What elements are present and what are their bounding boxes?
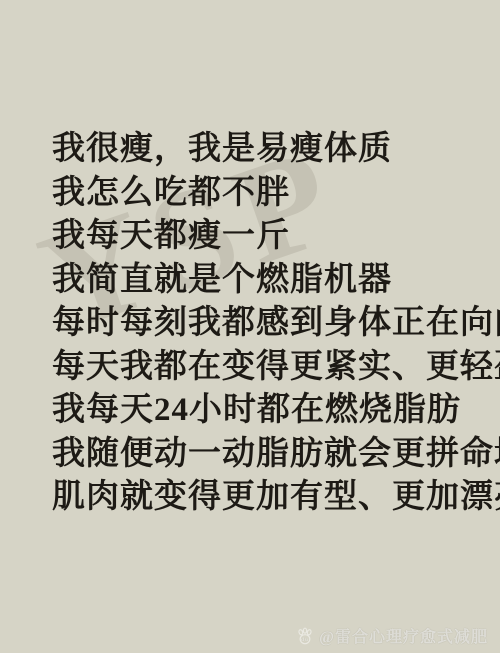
affirmation-line: 我每天24小时都在燃烧脂肪 xyxy=(52,389,480,433)
affirmations-block: 我很瘦，我是易瘦体质 我怎么吃都不胖 我每天都瘦一斤 我简直就是个燃脂机器 每时… xyxy=(52,128,480,520)
affirmation-line: 我每天都瘦一斤 xyxy=(52,215,480,259)
affirmation-line: 我怎么吃都不胖 xyxy=(52,172,480,216)
affirmation-line: 我很瘦，我是易瘦体质 xyxy=(52,128,480,172)
credit-watermark: du @雷合心理疗愈式减肥 xyxy=(295,624,488,647)
baidu-paw-icon: du xyxy=(295,626,315,646)
affirmation-line: 每时每刻我都感到身体正在向内收紧 xyxy=(52,302,480,346)
affirmation-poster: YSP 我很瘦，我是易瘦体质 我怎么吃都不胖 我每天都瘦一斤 我简直就是个燃脂机… xyxy=(0,0,500,653)
affirmation-line: 我随便动一动脂肪就会更拼命地燃烧 xyxy=(52,433,480,477)
affirmation-line: 肌肉就变得更加有型、更加漂亮 xyxy=(52,476,480,520)
svg-text:du: du xyxy=(301,637,309,643)
credit-watermark-text: @雷合心理疗愈式减肥 xyxy=(319,624,488,647)
affirmation-line: 我简直就是个燃脂机器 xyxy=(52,259,480,303)
affirmation-line: 每天我都在变得更紧实、更轻盈 xyxy=(52,346,480,390)
